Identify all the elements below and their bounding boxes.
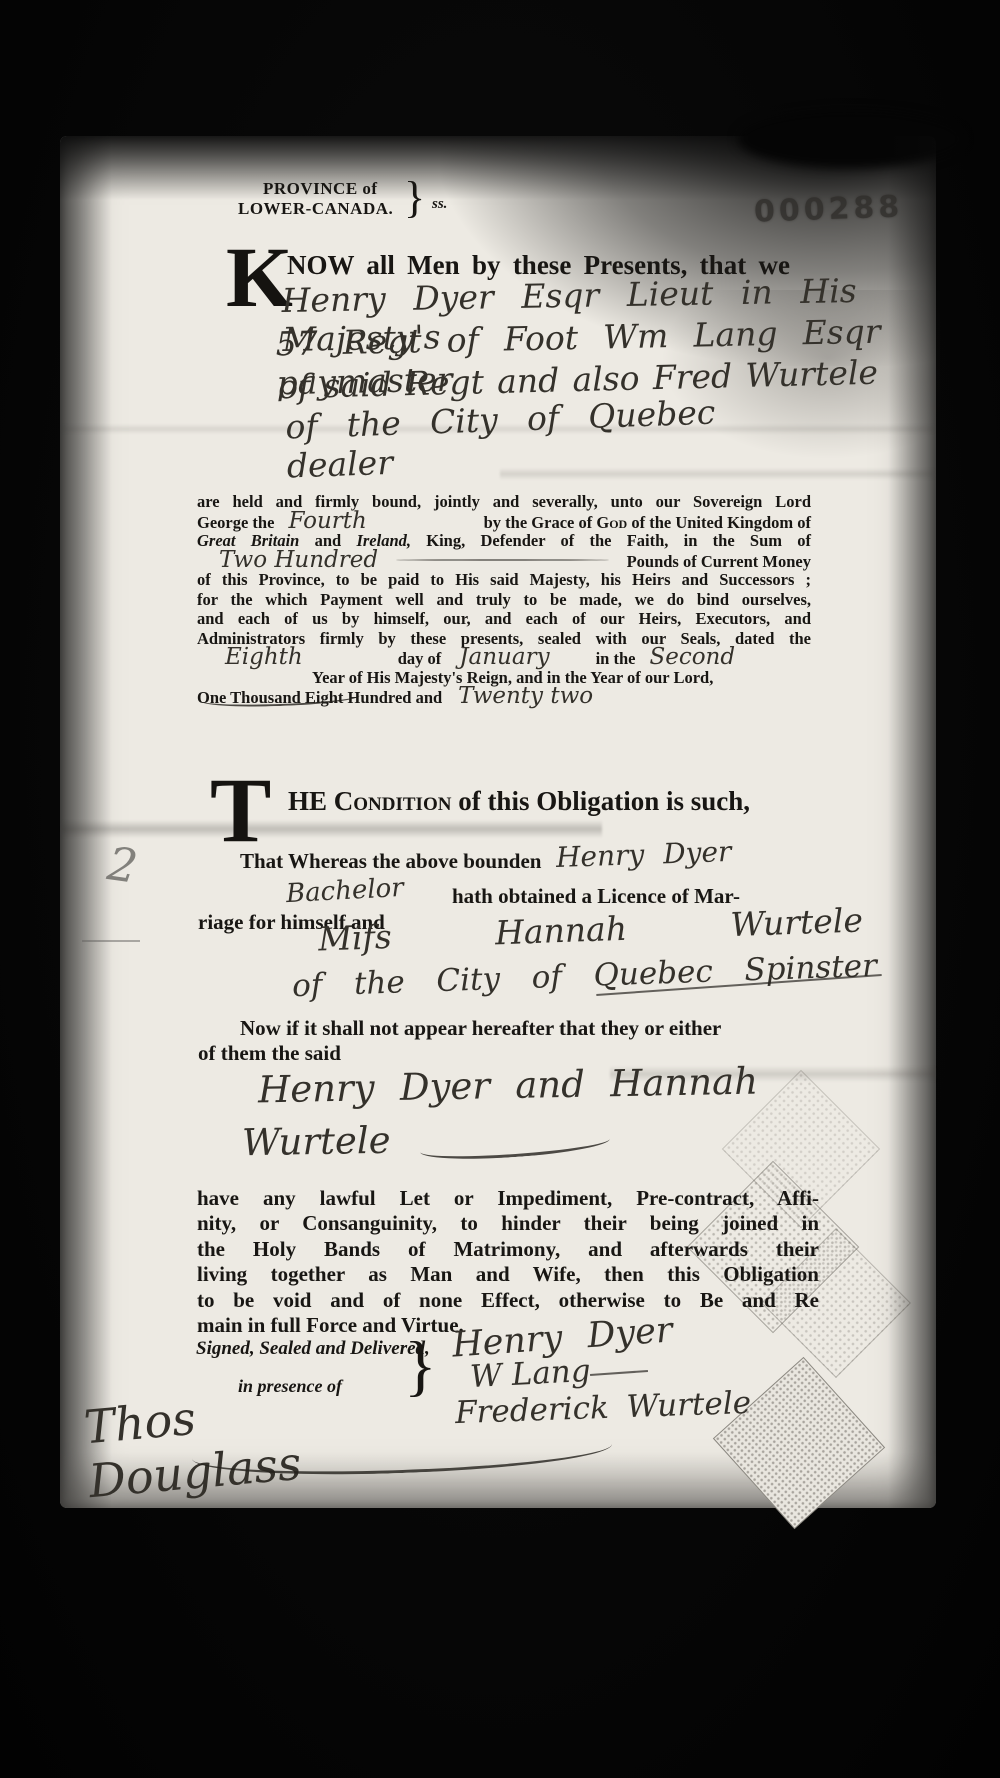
handwritten-groom-status: Bachelor — [285, 873, 404, 909]
bond-line: George the Fourth by the Grace of God of… — [197, 512, 811, 532]
handwritten-day: Eighth — [225, 648, 303, 668]
obligation-line: nity, or Consanguinity, to hinder their … — [197, 1211, 819, 1236]
serial-number-stamp: 000288 — [753, 189, 903, 229]
handwritten-monarch-ordinal: Fourth — [288, 512, 366, 532]
bond-line: of this Province, to be paid to His said… — [197, 570, 811, 590]
handwritten-obligor-line-4: of the City of Quebec dealer — [285, 393, 717, 486]
handwritten-bond-sum: Two Hundred — [219, 551, 378, 571]
pencil-dash — [82, 940, 140, 942]
condition-heading: HE Condition of this Obligation is such, — [288, 786, 750, 817]
bond-text: in the — [596, 649, 636, 669]
handwritten-month: January — [459, 648, 549, 668]
now-if-line-1: Now if it shall not appear hereafter tha… — [240, 1016, 721, 1041]
bond-paragraph: are held and firmly bound, jointly and s… — [197, 492, 811, 707]
bond-line: Two Hundred Pounds of Current Money — [197, 551, 811, 571]
condition-smallcaps: Condition — [334, 786, 452, 816]
obligation-line: have any lawful Let or Impediment, Pre-c… — [197, 1186, 819, 1211]
bond-text: day of — [398, 649, 442, 669]
bond-line: for the which Payment well and truly to … — [197, 590, 811, 610]
obligation-line: to be void and of none Effect, otherwise… — [197, 1288, 819, 1313]
bond-text: George the — [197, 513, 274, 533]
obligation-line: living together as Man and Wife, then th… — [197, 1262, 819, 1287]
surety-signature-lang: W Lang — [469, 1353, 591, 1395]
bond-line: and each of us by himself, our, and each… — [197, 609, 811, 629]
handwritten-regnal-year: Second — [649, 648, 735, 668]
province-line-1: PROVINCE of — [263, 179, 378, 199]
handwritten-couple-names-2: Wurtele — [242, 1119, 391, 1165]
handwritten-groom-name: Henry Dyer — [555, 835, 731, 874]
ss-abbreviation: ss. — [432, 196, 447, 213]
whereas-line: That Whereas the above bounden — [240, 849, 541, 874]
obligation-paragraph: have any lawful Let or Impediment, Pre-c… — [197, 1186, 819, 1338]
header-brace: } — [404, 172, 425, 223]
handwritten-couple-names-1: Henry Dyer and Hannah — [258, 1060, 759, 1112]
god-smallcaps: God — [596, 513, 627, 532]
scan-background: PROVINCE of LOWER-CANADA. } ss. 000288 K… — [0, 0, 1000, 1778]
dropcap-t: T — [210, 768, 271, 852]
signed-sealed-label: Signed, Sealed and Delivered, — [196, 1338, 430, 1360]
bond-line: Eighth day of January in the Second — [197, 648, 811, 668]
bond-text: Pounds of Current Money — [627, 552, 811, 572]
pen-flourish — [396, 559, 608, 561]
handwritten-year: Twenty two — [458, 687, 593, 707]
province-line-2: LOWER-CANADA. — [238, 199, 393, 219]
obligation-line: the Holy Bands of Matrimony, and afterwa… — [197, 1237, 819, 1262]
bond-text: by the Grace of God of the United Kingdo… — [484, 513, 811, 533]
now-if-line-2: of them the said — [198, 1041, 341, 1066]
